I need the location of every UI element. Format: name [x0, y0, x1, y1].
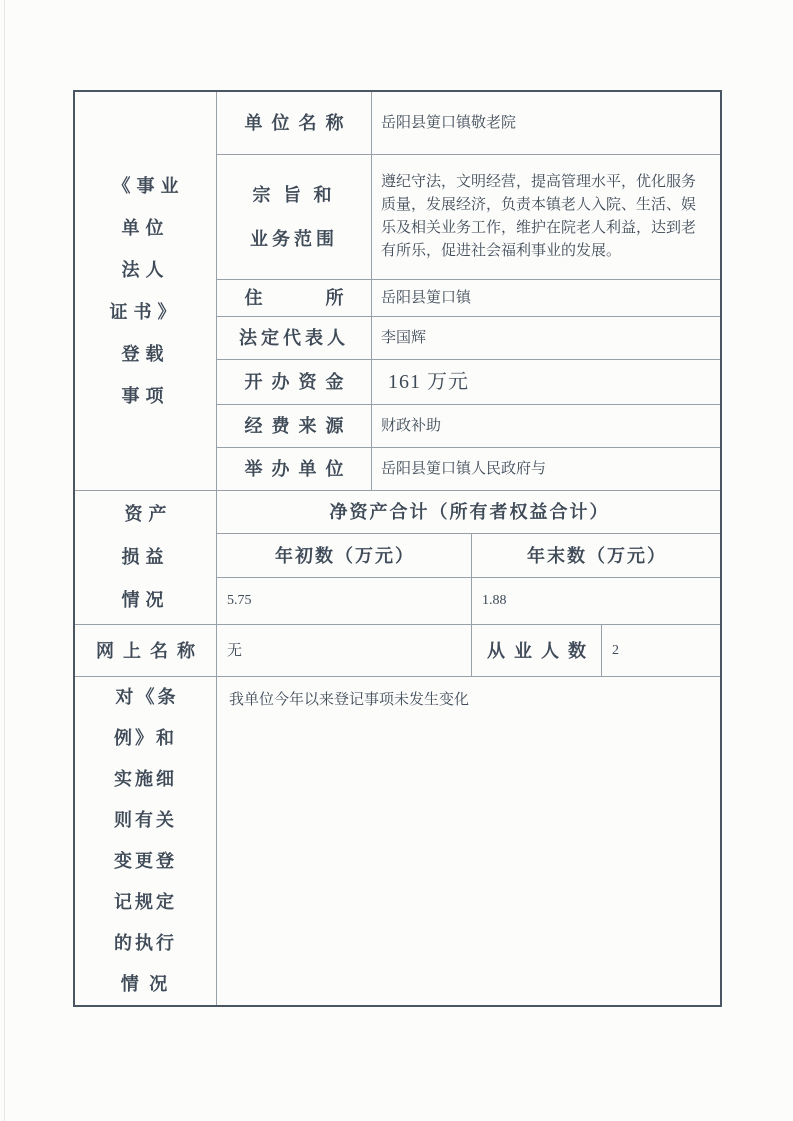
legal-representative-value: 李国辉: [372, 317, 720, 360]
legal-representative-label: 法定代表人: [217, 317, 372, 360]
year-start-header: 年初数（万元）: [217, 534, 472, 578]
year-start-value: 5.75: [217, 578, 472, 625]
staff-count-label: 从业人数: [472, 625, 602, 677]
unit-name-label: 单位名称: [217, 92, 372, 155]
compliance-side-label: 对《条 例》和 实施细 则有关 变更登 记规定 的执行 情 况: [75, 677, 217, 1005]
year-end-header: 年末数（万元）: [472, 534, 720, 578]
purpose-scope-value: 遵纪守法，文明经营，提高管理水平，优化服务 质量，发展经济，负责本镇老人入院、生…: [372, 155, 720, 280]
unit-name-value: 岳阳县筻口镇敬老院: [372, 92, 720, 155]
opening-capital-label: 开办资金: [217, 360, 372, 405]
certificate-side-label: 《事业 单位 法人 证书》 登载 事项: [75, 92, 217, 491]
compliance-statement: 我单位今年以来登记事项未发生变化: [217, 677, 720, 1005]
opening-capital-value: 161 万元: [372, 360, 720, 405]
organizer-value: 岳阳县筻口镇人民政府与: [372, 448, 720, 491]
assets-side-label: 资产 损益 情况: [75, 491, 217, 625]
scan-page-edge: [4, 0, 5, 1121]
address-value: 岳阳县筻口镇: [372, 280, 720, 317]
registration-form-table: 《事业 单位 法人 证书》 登载 事项 单位名称 岳阳县筻口镇敬老院 宗 旨 和…: [73, 90, 722, 1007]
organizer-label: 举办单位: [217, 448, 372, 491]
online-name-label: 网上名称: [75, 625, 217, 677]
staff-count-value: 2: [602, 625, 720, 677]
year-end-value: 1.88: [472, 578, 720, 625]
purpose-scope-label: 宗 旨 和 业务范围: [217, 155, 372, 280]
funding-source-label: 经费来源: [217, 405, 372, 448]
net-assets-header: 净资产合计（所有者权益合计）: [217, 491, 720, 534]
funding-source-value: 财政补助: [372, 405, 720, 448]
online-name-value: 无: [217, 625, 472, 677]
address-label: 住 所: [217, 280, 372, 317]
